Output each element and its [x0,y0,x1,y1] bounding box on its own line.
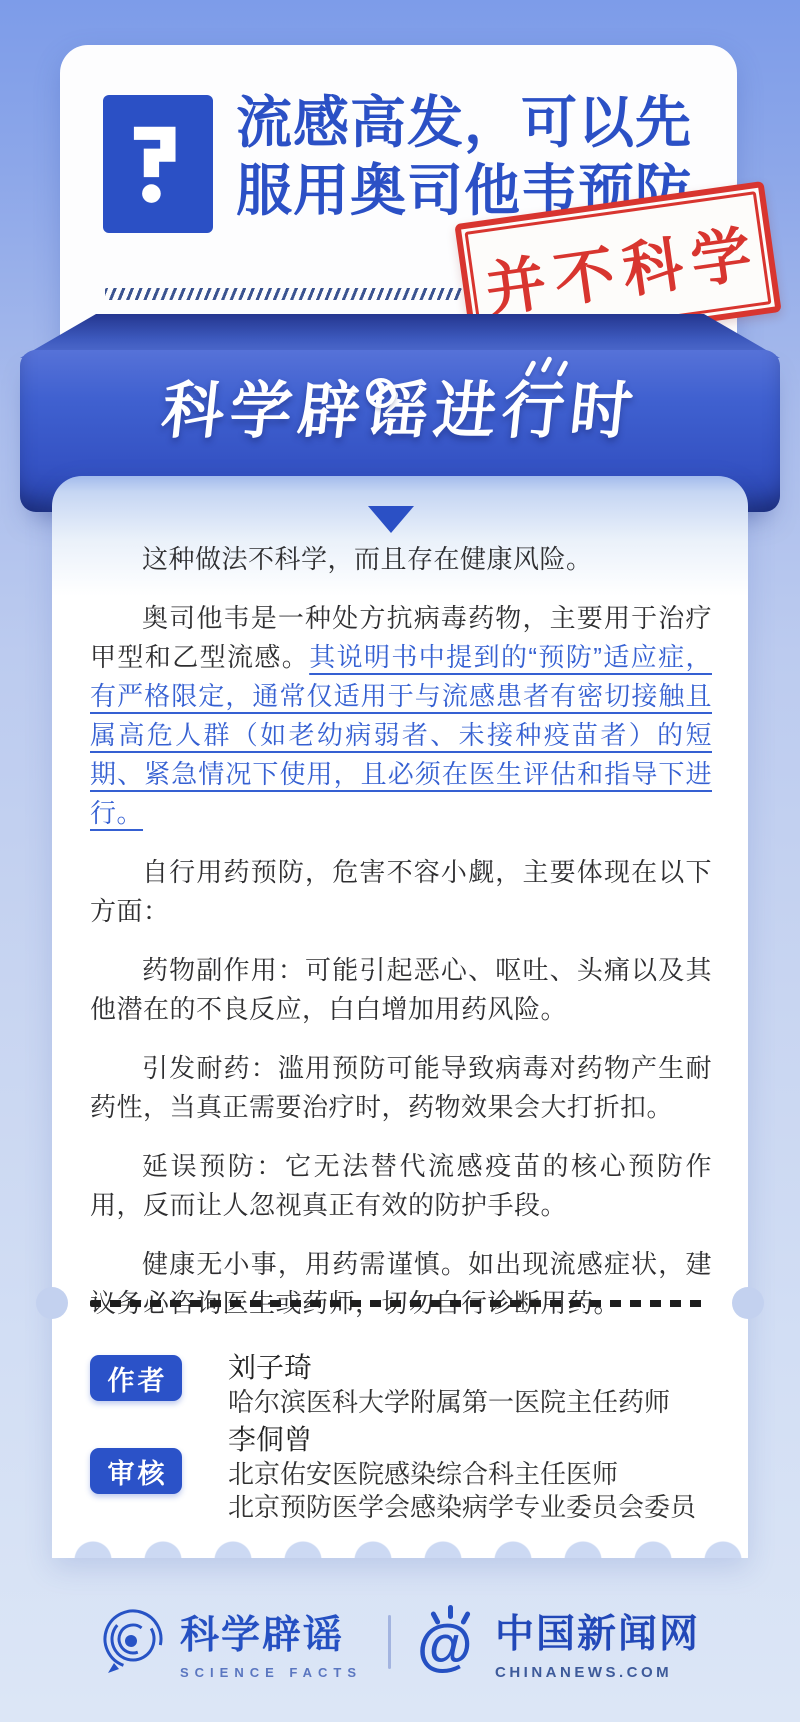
science-facts-logo: 科学辟谣 SCIENCE FACTS [100,1604,362,1680]
author-row: 作者 刘子琦 哈尔滨医科大学附属第一医院主任药师 [90,1350,670,1419]
chinanews-en: CHINANEWS.COM [495,1664,700,1681]
author-title: 哈尔滨医科大学附属第一医院主任药师 [228,1386,670,1419]
stamp-text: 并不科学 [471,206,765,331]
ticket-notch-left [36,1287,68,1319]
author-badge: 作者 [90,1355,182,1401]
reviewer-row: 审核 李侗曾 北京佑安医院感染综合科主任医师 北京预防医学会感染病学专业委员会委… [90,1422,696,1524]
speed-lines-icon [520,356,580,380]
science-facts-cn: 科学辟谣 [180,1604,362,1660]
paragraph-side-effects: 药物副作用：可能引起恶心、呕吐、头痛以及其他潜在的不良反应，白白增加用药风险。 [90,951,712,1029]
paragraph-advice: 健康无小事，用药需谨慎。如出现流感症状，建议务必咨询医生或药师，切勿自行诊断用药… [90,1245,712,1323]
hatched-line [105,288,462,300]
reviewer-title-2: 北京预防医学会感染病学专业委员会委员 [228,1491,696,1524]
footer: 科学辟谣 SCIENCE FACTS @ 中国新闻网 CHINANEWS.COM [0,1592,800,1692]
paragraph-conclusion: 这种做法不科学，而且存在健康风险。 [90,540,712,579]
reviewer-title-1: 北京佑安医院感染综合科主任医师 [228,1458,696,1491]
footer-divider [388,1615,391,1669]
reviewer-badge: 审核 [90,1448,182,1494]
question-mark-icon [103,95,213,233]
chinanews-text: 中国新闻网 CHINANEWS.COM [495,1603,700,1681]
scalloped-edge [52,1536,748,1558]
ticket-notch-right [732,1287,764,1319]
author-info: 刘子琦 哈尔滨医科大学附属第一医院主任药师 [228,1350,670,1419]
chinanews-cn: 中国新闻网 [495,1603,700,1659]
paragraph-explanation: 奥司他韦是一种处方抗病毒药物，主要用于治疗甲型和乙型流感。其说明书中提到的“预防… [90,599,712,833]
chinanews-logo: @ 中国新闻网 CHINANEWS.COM [417,1603,700,1681]
article-body: 这种做法不科学，而且存在健康风险。 奥司他韦是一种处方抗病毒药物，主要用于治疗甲… [90,540,712,1343]
dashed-divider [90,1300,710,1307]
down-triangle-icon [368,506,414,533]
paragraph-risk-intro: 自行用药预防，危害不容小觑，主要体现在以下方面： [90,853,712,931]
claim-title-line1: 流感高发，可以先 [236,89,716,157]
science-facts-en: SCIENCE FACTS [180,1665,362,1680]
reviewer-name: 李侗曾 [228,1422,696,1458]
paragraph-delayed-prevention: 延误预防：它无法替代流感疫苗的核心预防作用，反而让人忽视真正有效的防护手段。 [90,1147,712,1225]
banner-title: 科学辟谣进行时 [16,376,784,448]
at-sign-icon: @ [417,1609,481,1675]
content-card: 这种做法不科学，而且存在健康风险。 奥司他韦是一种处方抗病毒药物，主要用于治疗甲… [52,476,748,1558]
reviewer-info: 李侗曾 北京佑安医院感染综合科主任医师 北京预防医学会感染病学专业委员会委员 [228,1422,696,1524]
magnifier-swirl-icon [100,1607,166,1677]
prohibition-icon [366,378,396,408]
paragraph-drug-resistance: 引发耐药：滥用预防可能导致病毒对药物产生耐药性，当真正需要治疗时，药物效果会大打… [90,1049,712,1127]
science-facts-text: 科学辟谣 SCIENCE FACTS [180,1604,362,1680]
author-name: 刘子琦 [228,1350,670,1386]
